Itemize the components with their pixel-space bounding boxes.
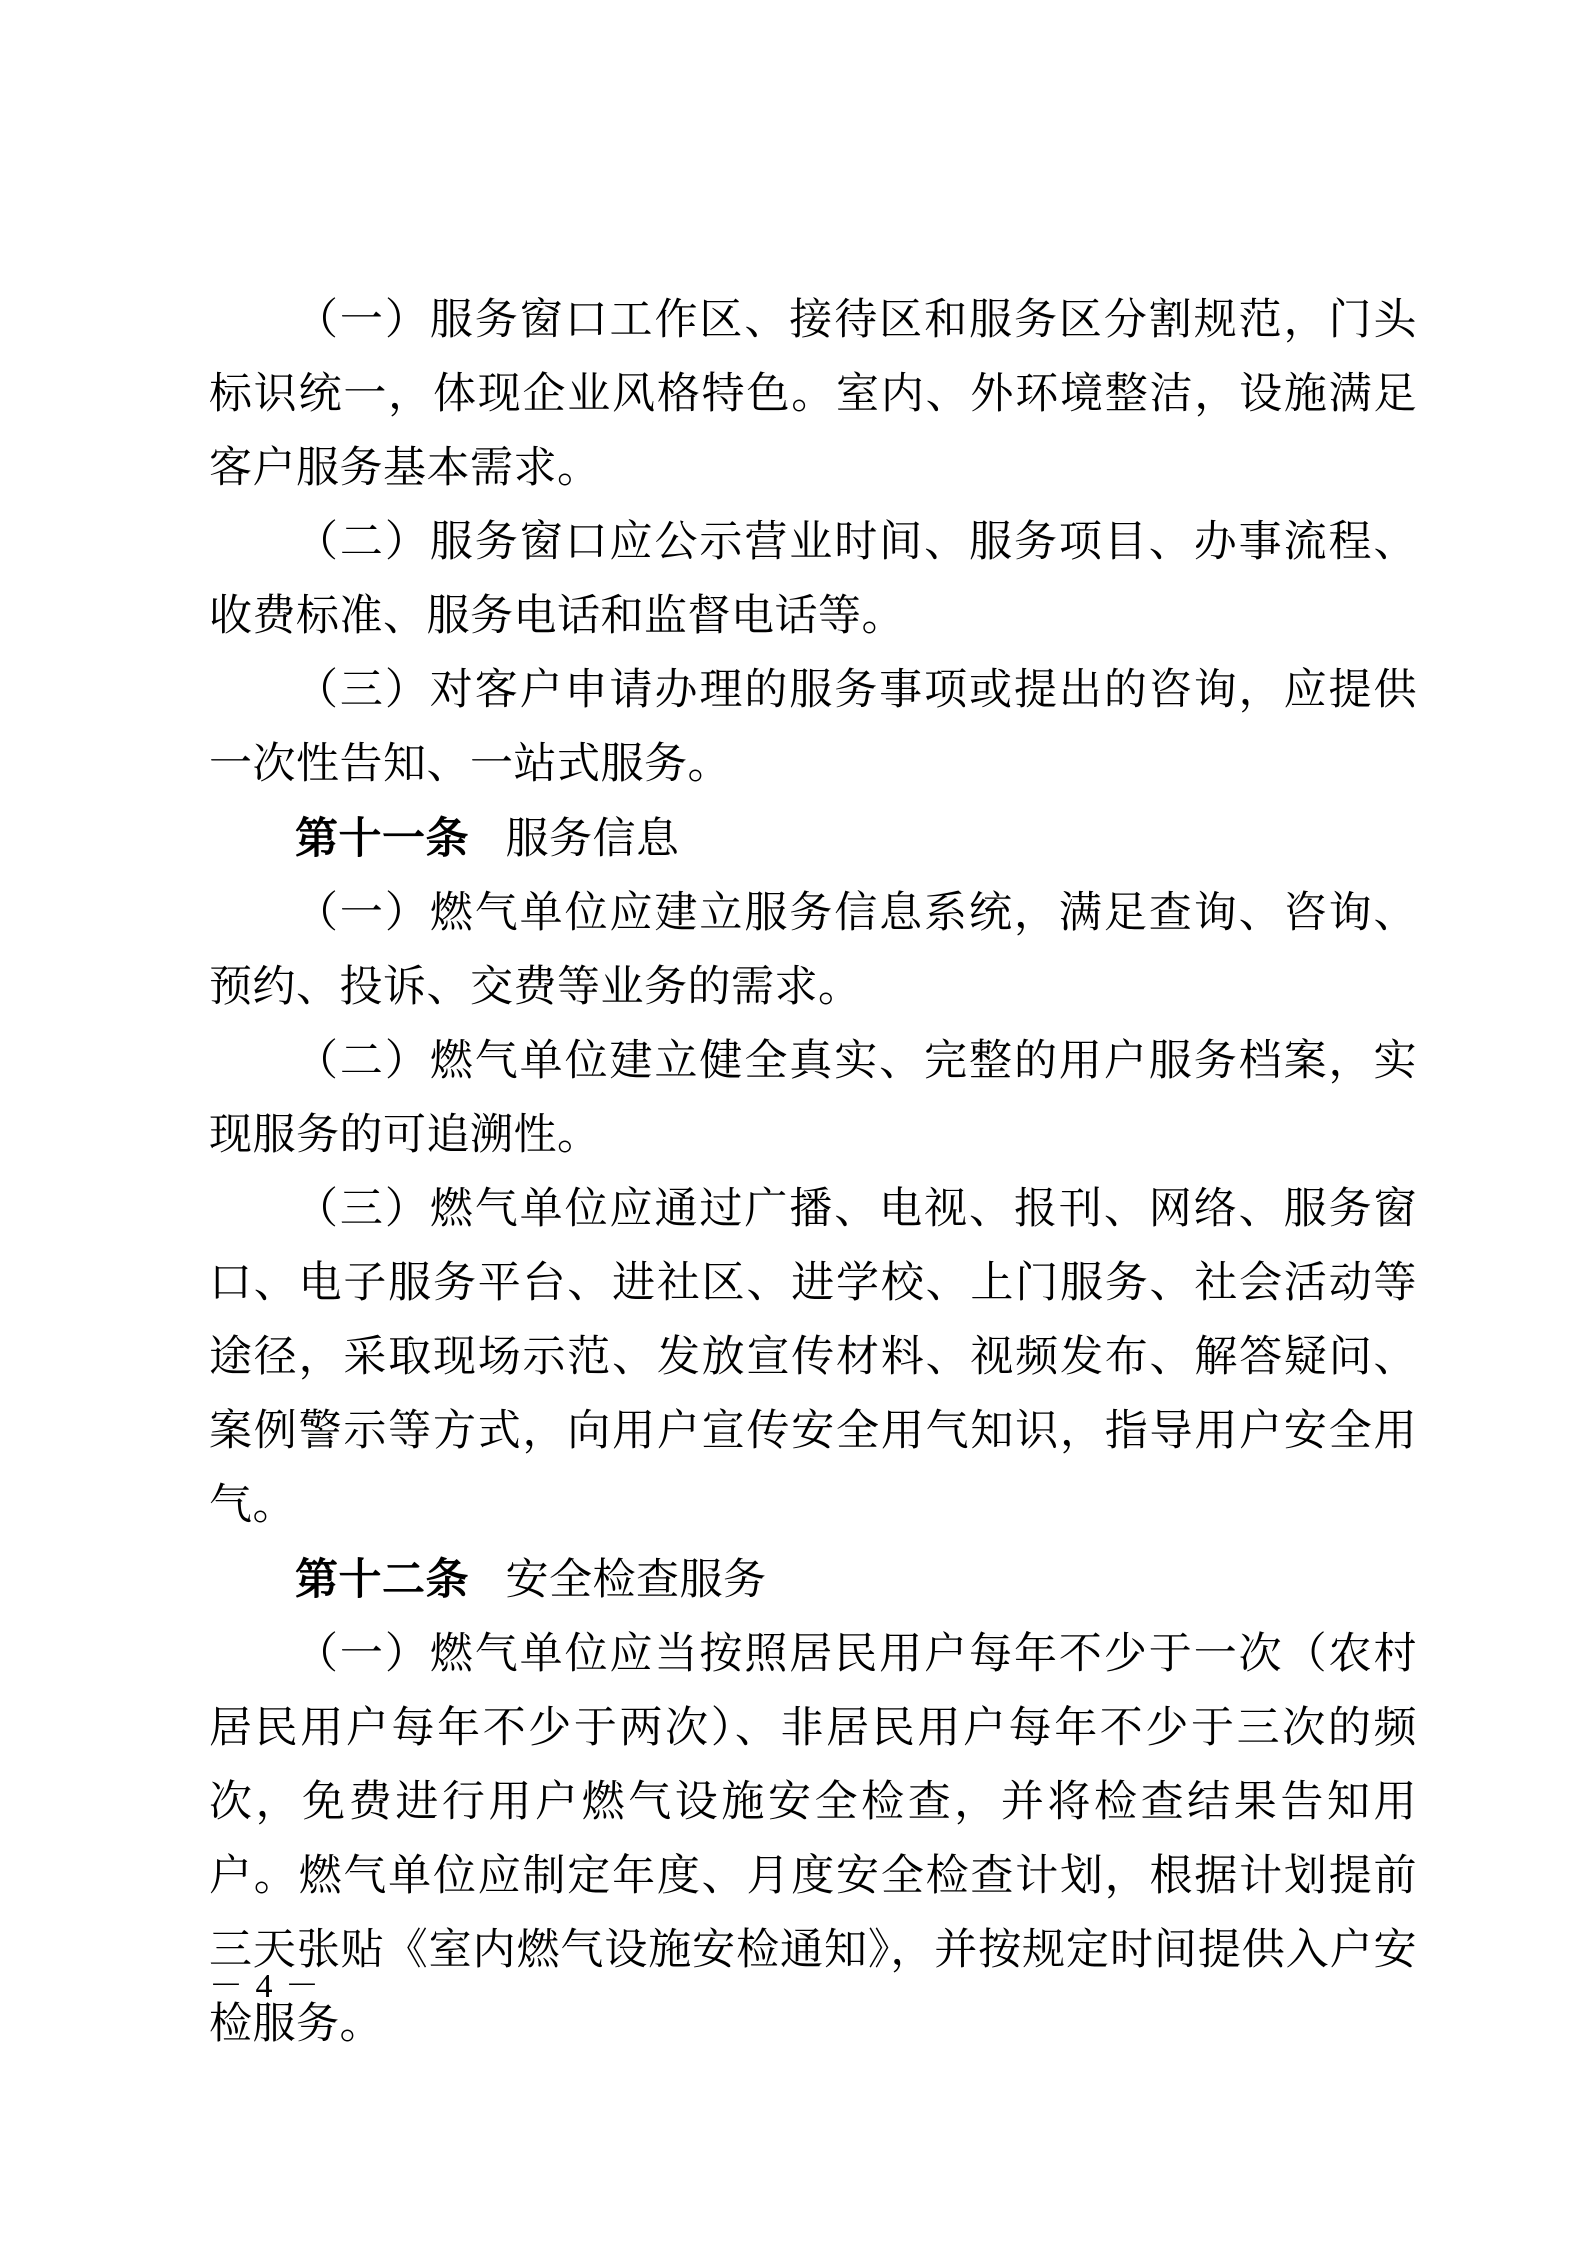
article-heading-11: 第十一条服务信息 (209, 802, 1417, 877)
article-number: 第十二条 (295, 1556, 469, 1604)
paragraph: （一）服务窗口工作区、接待区和服务区分割规范，门头标识统一，体现企业风格特色。室… (209, 284, 1417, 506)
article-number: 第十一条 (295, 815, 469, 863)
paragraph: （一）燃气单位应建立服务信息系统，满足查询、咨询、预约、投诉、交费等业务的需求。 (209, 877, 1417, 1025)
page-footer: － 4 － (209, 1962, 321, 2012)
document-body: （一）服务窗口工作区、接待区和服务区分割规范，门头标识统一，体现企业风格特色。室… (209, 284, 1417, 2062)
page-number: － 4 － (209, 1968, 321, 2005)
paragraph: （二）服务窗口应公示营业时间、服务项目、办事流程、收费标准、服务电话和监督电话等… (209, 506, 1417, 654)
article-heading-12: 第十二条安全检查服务 (209, 1543, 1417, 1618)
paragraph: （一）燃气单位应当按照居民用户每年不少于一次（农村居民用户每年不少于两次）、非居… (209, 1618, 1417, 2062)
paragraph: （三）燃气单位应通过广播、电视、报刊、网络、服务窗口、电子服务平台、进社区、进学… (209, 1173, 1417, 1543)
article-title: 安全检查服务 (506, 1557, 767, 1604)
article-title: 服务信息 (506, 816, 680, 863)
paragraph: （二）燃气单位建立健全真实、完整的用户服务档案，实现服务的可追溯性。 (209, 1025, 1417, 1173)
paragraph: （三）对客户申请办理的服务事项或提出的咨询，应提供一次性告知、一站式服务。 (209, 654, 1417, 802)
